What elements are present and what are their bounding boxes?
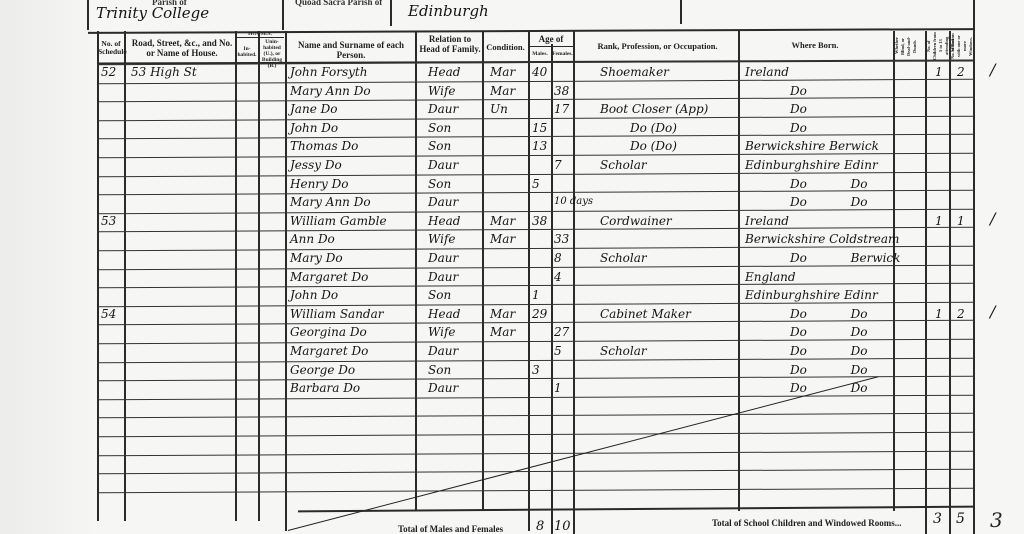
person-name: Thomas Do [290, 139, 358, 153]
birthplace: Do Do [790, 307, 868, 321]
relation: Daur [428, 195, 458, 209]
condition: Mar [490, 65, 515, 79]
female-age: 4 [554, 270, 562, 284]
frame-line [680, 0, 682, 24]
occupation: Do (Do) [630, 139, 677, 153]
condition: Mar [490, 84, 515, 98]
relation: Daur [428, 381, 458, 395]
col-header-relation: Relation to Head of Family. [418, 34, 482, 54]
relation: Daur [428, 344, 458, 358]
female-age: 38 [554, 84, 569, 98]
col-line-name [285, 31, 287, 531]
birthplace: Do [790, 121, 807, 135]
col-header-school: No. of Children from 5 to 13 attending S… [926, 32, 948, 60]
female-age: 17 [554, 102, 569, 116]
school-count: 1 [935, 307, 943, 321]
col-header-born: Where Born. [740, 40, 890, 50]
col-line-relation [415, 31, 417, 511]
col-line-condition [482, 31, 484, 511]
male-age: 15 [532, 121, 547, 135]
birthplace: Do Do [790, 177, 868, 191]
row-rule [97, 78, 975, 84]
birthplace: Ireland [745, 214, 789, 228]
schedule-number: 52 [101, 65, 116, 79]
condition: Mar [490, 325, 515, 339]
row-rule [97, 469, 975, 475]
relation: Head [428, 65, 460, 79]
female-age: 8 [554, 251, 562, 265]
male-age: 13 [532, 139, 547, 153]
occupation: Do (Do) [630, 121, 677, 135]
col-line-road [124, 31, 126, 521]
col-header-condition: Condition. [483, 42, 528, 52]
footer-line [298, 506, 974, 513]
col-header-females: Females. [552, 51, 573, 57]
col-line-inhabited [235, 31, 237, 521]
person-name: John Do [290, 288, 338, 302]
female-age: 27 [554, 325, 569, 339]
scan-margin [0, 0, 90, 534]
person-name: Mary Do [290, 251, 343, 265]
col-header-males: Males. [529, 51, 551, 57]
male-age: 38 [532, 214, 547, 228]
margin-total: 3 [990, 508, 1003, 532]
relation: Head [428, 214, 460, 228]
female-age: 7 [554, 158, 562, 172]
totals-label: Total of Males and Females [398, 524, 503, 534]
occupation: Scholar [600, 158, 647, 172]
birthplace: Edinburghshire Edinr [745, 288, 878, 302]
birthplace: Do [790, 102, 807, 116]
relation: Son [428, 177, 451, 191]
rooms-count: 2 [957, 307, 965, 321]
header-top-line [88, 28, 974, 33]
col-header-rooms: No. of Rooms with one or more Windows. [950, 32, 972, 60]
census-page: Parish of Trinity College Quoad Sacra Pa… [0, 0, 1024, 534]
occupation: Scholar [600, 251, 647, 265]
rooms-count: 2 [957, 65, 965, 79]
frame-line [282, 0, 284, 30]
schedule-number: 53 [101, 214, 116, 228]
col-line-uninhabited [258, 31, 260, 521]
school-rooms-label: Total of School Children and Windowed Ro… [712, 518, 901, 528]
rooms-count: 1 [957, 214, 965, 228]
relation: Daur [428, 102, 458, 116]
relation: Daur [428, 158, 458, 172]
row-rule [97, 264, 975, 270]
female-age: 10 days [554, 195, 593, 209]
birthplace: Berwickshire Berwick [745, 139, 879, 153]
col-header-inhabited: In-habited. [236, 46, 258, 58]
male-age: 40 [532, 65, 547, 79]
relation: Daur [428, 270, 458, 284]
frame-line [390, 0, 392, 26]
person-name: Jessy Do [290, 158, 342, 172]
col-line-males [528, 31, 530, 531]
condition: Mar [490, 214, 515, 228]
birthplace: Do Do [790, 344, 868, 358]
quoad-sacra-label: Quoad Sacra Parish of [295, 0, 382, 7]
school-count: 1 [935, 214, 943, 228]
birthplace: Do [790, 84, 807, 98]
col-line-blind [893, 31, 895, 511]
row-rule [97, 487, 975, 493]
male-age: 29 [532, 307, 547, 321]
relation: Son [428, 121, 451, 135]
condition: Mar [490, 232, 515, 246]
condition: Un [490, 102, 508, 116]
relation: Son [428, 363, 451, 377]
row-rule [97, 450, 975, 456]
col-line-occupation [573, 31, 575, 534]
total-rooms: 5 [956, 512, 965, 526]
total-school: 3 [933, 512, 942, 526]
birthplace: Do Do [790, 195, 868, 209]
relation: Son [428, 139, 451, 153]
birthplace: Do Do [790, 325, 868, 339]
person-name: John Do [290, 121, 338, 135]
person-name: Jane Do [290, 102, 337, 116]
row-rule [97, 394, 975, 400]
relation: Wife [428, 84, 456, 98]
col-line-schedule [97, 31, 99, 521]
birthplace: Do Do [790, 363, 868, 377]
person-name: Mary Ann Do [290, 84, 371, 98]
occupation: Boot Closer (App) [600, 102, 708, 116]
relation: Head [428, 307, 460, 321]
person-name: Barbara Do [290, 381, 360, 395]
occupation: Shoemaker [600, 65, 669, 79]
female-age: 33 [554, 232, 569, 246]
female-age: 5 [554, 344, 562, 358]
frame-line [973, 0, 975, 534]
person-name: John Forsyth [290, 65, 367, 79]
school-count: 1 [935, 65, 943, 79]
houses-subline [236, 37, 284, 38]
col-header-schedule: No. of Schedule [98, 40, 124, 56]
person-name: Margaret Do [290, 270, 368, 284]
male-age: 1 [532, 288, 540, 302]
male-age: 5 [532, 177, 540, 191]
total-males: 8 [536, 520, 544, 534]
relation: Wife [428, 232, 456, 246]
margin-tick: / [990, 63, 995, 77]
row-rule [97, 413, 975, 419]
person-name: William Sandar [290, 307, 384, 321]
parish-value: Trinity College [96, 6, 209, 20]
row-rule [97, 432, 975, 438]
condition: Mar [490, 307, 515, 321]
frame-line [87, 0, 89, 30]
person-name: Henry Do [290, 177, 348, 191]
person-name: Ann Do [290, 232, 335, 246]
address: 53 High St [131, 65, 197, 79]
birthplace: Ireland [745, 65, 789, 79]
relation: Son [428, 288, 451, 302]
schedule-number: 54 [101, 307, 116, 321]
birthplace: Edinburghshire Edinr [745, 158, 878, 172]
margin-tick: / [990, 212, 995, 226]
person-name: Margaret Do [290, 344, 368, 358]
total-females: 10 [554, 520, 571, 534]
age-subline [529, 46, 573, 47]
margin-tick: / [990, 305, 995, 319]
col-header-name: Name and Surname of each Person. [292, 40, 410, 60]
birthplace: Berwickshire Coldstream [745, 232, 899, 246]
birthplace: England [745, 270, 796, 284]
col-header-road: Road, Street, &c., and No. or Name of Ho… [130, 38, 234, 58]
occupation: Cabinet Maker [600, 307, 691, 321]
col-header-occupation: Rank, Profession, or Occupation. [580, 41, 735, 51]
col-header-houses: HOUSES. [236, 31, 284, 37]
col-header-age: Age of [529, 34, 573, 44]
female-age: 1 [554, 381, 562, 395]
person-name: William Gamble [290, 214, 387, 228]
row-rule [97, 97, 975, 103]
person-name: Georgina Do [290, 325, 367, 339]
male-age: 3 [532, 363, 540, 377]
col-header-blind: Whether Blind, or Deaf-and-Dumb. [894, 32, 924, 60]
occupation: Cordwainer [600, 214, 672, 228]
relation: Wife [428, 325, 456, 339]
burgh-value: Edinburgh [408, 4, 489, 18]
person-name: Mary Ann Do [290, 195, 371, 209]
col-line-born [738, 31, 740, 511]
birthplace: Do Berwick [790, 251, 900, 265]
relation: Daur [428, 251, 458, 265]
occupation: Scholar [600, 344, 647, 358]
person-name: George Do [290, 363, 355, 377]
